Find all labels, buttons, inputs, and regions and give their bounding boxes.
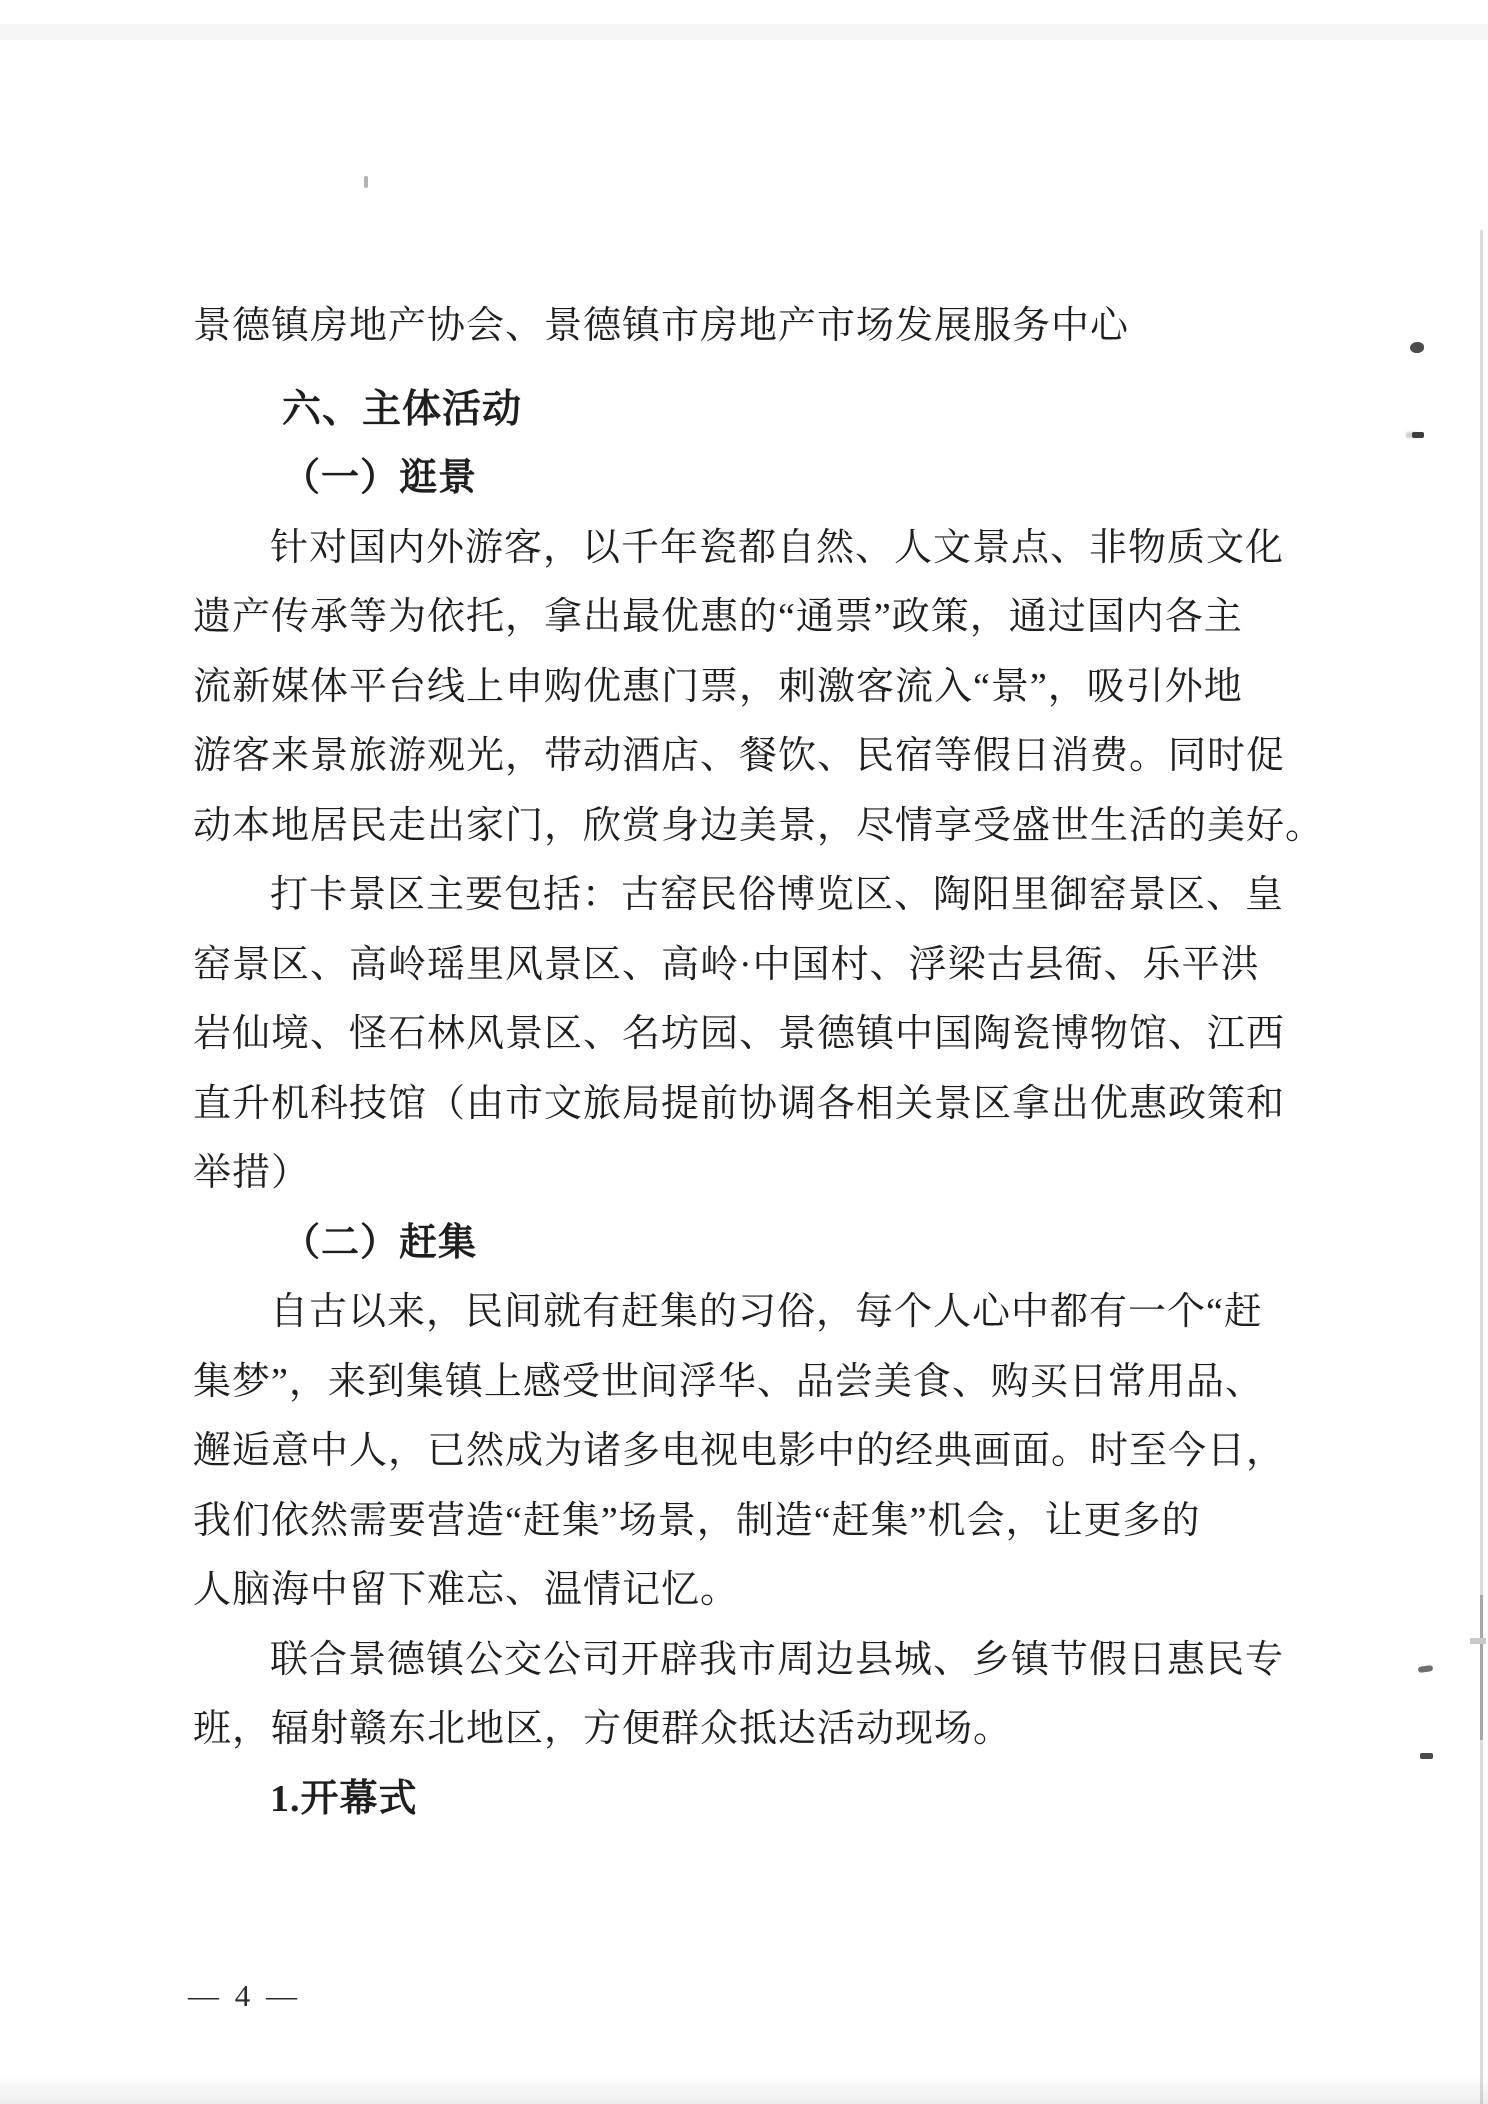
paragraph-line: 联合景德镇公交公司开辟我市周边县城、乡镇节假日惠民专 — [193, 1626, 1373, 1696]
scan-speck — [1418, 1665, 1434, 1673]
paragraph-line: 窑景区、高岭瑶里风景区、高岭·中国村、浮梁古县衙、乐平洪 — [193, 931, 1373, 1001]
paragraph-line: 针对国内外游客，以千年瓷都自然、人文景点、非物质文化 — [193, 514, 1373, 584]
scan-speck — [364, 176, 368, 188]
paragraph-line: 遗产传承等为依托，拿出最优惠的“通票”政策，通过国内各主 — [193, 583, 1373, 653]
paragraph-line: 自古以来，民间就有赶集的习俗，每个人心中都有一个“赶 — [193, 1278, 1373, 1348]
scanned-document-page: 景德镇房地产协会、景德镇市房地产市场发展服务中心 六、主体活动 （一）逛景 针对… — [0, 0, 1488, 2104]
subsection-heading: （一）逛景 — [193, 444, 1373, 514]
scan-speck — [1410, 342, 1424, 353]
paragraph-line: 动本地居民走出家门，欣赏身边美景，尽情享受盛世生活的美好。 — [193, 792, 1373, 862]
paragraph-line: 游客来景旅游观光，带动酒店、餐饮、民宿等假日消费。同时促 — [193, 722, 1373, 792]
scan-speck — [1420, 1753, 1433, 1759]
scan-artifact-bottom-shade — [0, 2076, 1488, 2104]
paragraph-line: 景德镇房地产协会、景德镇市房地产市场发展服务中心 — [193, 292, 1373, 362]
paragraph-line: 岩仙境、怪石林风景区、名坊园、景德镇中国陶瓷博物馆、江西 — [193, 1000, 1373, 1070]
item-heading: 1.开幕式 — [193, 1765, 1373, 1835]
paragraph-line: 班，辐射赣东北地区，方便群众抵达活动现场。 — [193, 1695, 1373, 1765]
paragraph-line: 邂逅意中人，已然成为诸多电视电影中的经典画面。时至今日， — [193, 1417, 1373, 1487]
paragraph-line: 直升机科技馆（由市文旅局提前协调各相关景区拿出优惠政策和 — [193, 1070, 1373, 1140]
document-body: 景德镇房地产协会、景德镇市房地产市场发展服务中心 六、主体活动 （一）逛景 针对… — [193, 292, 1373, 1834]
scan-artifact-right-edge — [1480, 230, 1483, 2104]
paragraph-line: 举措） — [193, 1139, 1373, 1209]
subsection-heading: （二）赶集 — [193, 1209, 1373, 1279]
scan-artifact-top-band — [0, 24, 1488, 40]
paragraph-line: 我们依然需要营造“赶集”场景，制造“赶集”机会，让更多的 — [193, 1487, 1373, 1557]
page-number: — 4 — — [188, 1978, 301, 2014]
section-heading: 六、主体活动 — [193, 375, 1373, 445]
paragraph-line: 打卡景区主要包括：古窑民俗博览区、陶阳里御窑景区、皇 — [193, 861, 1373, 931]
scan-speck — [1412, 432, 1424, 438]
paragraph-line: 集梦”，来到集镇上感受世间浮华、品尝美食、购买日常用品、 — [193, 1348, 1373, 1418]
scan-artifact-edge-tick — [1470, 1638, 1486, 1644]
scan-artifact-right-edge-dark — [1480, 1595, 1483, 1740]
paragraph-line: 流新媒体平台线上申购优惠门票，刺激客流入“景”，吸引外地 — [193, 653, 1373, 723]
paragraph-line: 人脑海中留下难忘、温情记忆。 — [193, 1556, 1373, 1626]
